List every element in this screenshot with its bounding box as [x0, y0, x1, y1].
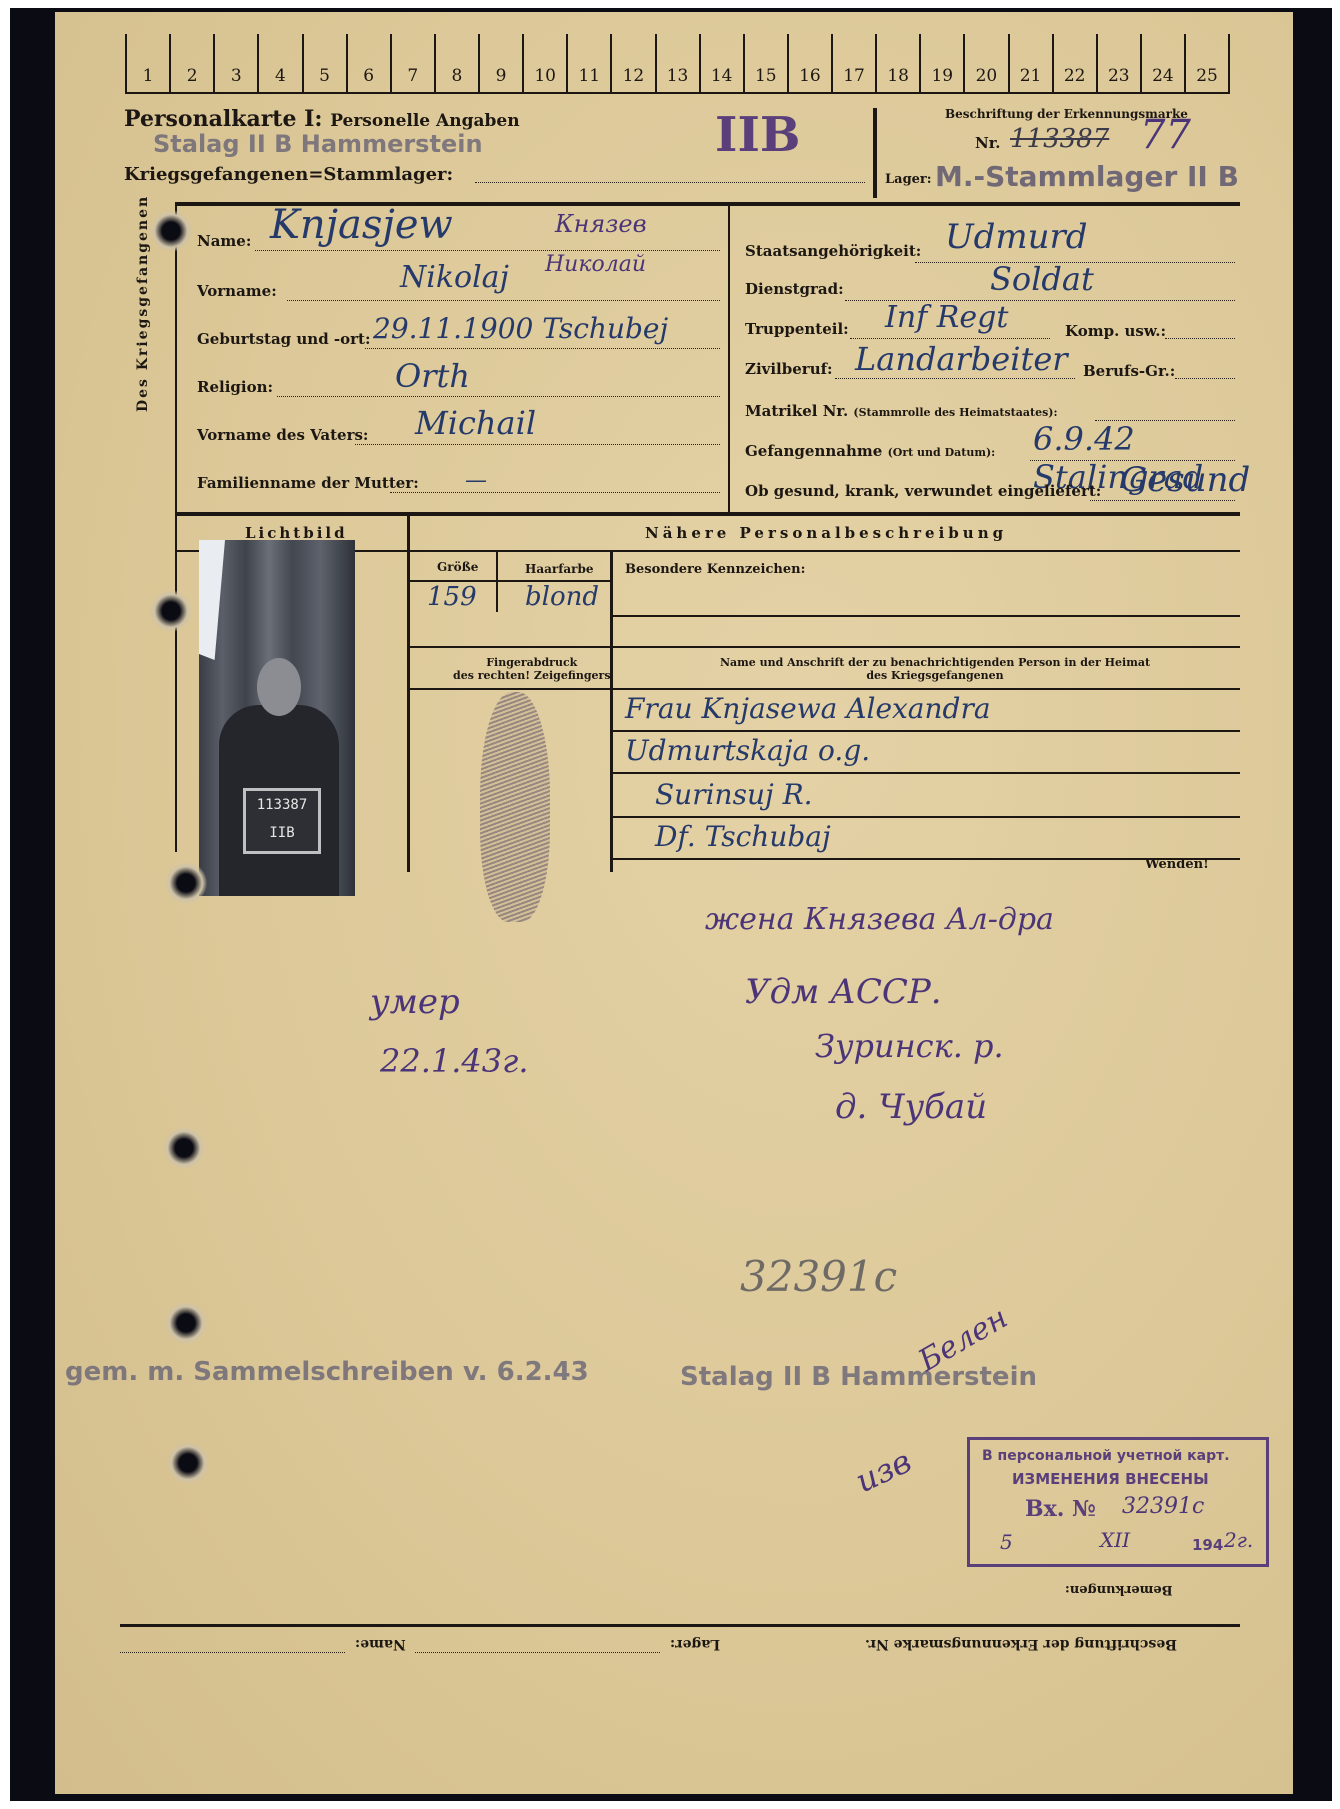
- gesund-label: Ob gesund, krank, verwundet eingeliefert…: [745, 482, 1101, 500]
- haar-label: Haarfarbe: [525, 562, 594, 576]
- religion-label: Religion:: [197, 378, 273, 396]
- contact-header-line: [410, 688, 1240, 690]
- berufs-label: Berufs-Gr.:: [1083, 362, 1175, 380]
- geburt-label: Geburtstag und -ort:: [197, 330, 371, 348]
- footer-tag-text: Beschriftung der Erkennungsmarke Nr.: [865, 1636, 1177, 1652]
- matrikel-note: (Stammrolle des Heimatstaates):: [853, 406, 1057, 419]
- address-note-2: Зуринск. р.: [815, 1027, 1004, 1065]
- photo-divider: [407, 512, 410, 872]
- stamp-vx-value: 32391с: [1122, 1494, 1204, 1519]
- photo-torn-corner: [199, 540, 225, 660]
- kennzeichen-line: [613, 615, 1240, 617]
- footer-line: [120, 1624, 1240, 1627]
- remarks-label: Bemerkungen:: [1065, 1582, 1173, 1597]
- nr-extra: 77: [1140, 112, 1191, 158]
- truppe-line: [850, 338, 1050, 339]
- geburt-value: 29.11.1900 Tschubej: [373, 312, 668, 345]
- nr-value: 113387: [1010, 124, 1109, 154]
- finger-label: Fingerabdruck des rechten! Zeigefingers: [453, 656, 611, 682]
- punch-hole: [167, 1442, 209, 1484]
- ruler-column: 20: [963, 34, 1007, 92]
- haar-value: blond: [525, 582, 599, 612]
- stamp-line-2: ИЗМЕНЕНИЯ ВНЕСЕНЫ: [1012, 1470, 1209, 1488]
- komp-line: [1165, 338, 1235, 339]
- ruler-column: 7: [390, 34, 434, 92]
- vorname-label: Vorname:: [197, 282, 277, 300]
- column-ruler: 1234567891011121314151617181920212223242…: [125, 34, 1230, 94]
- photo-head: [257, 658, 301, 716]
- soviet-changes-stamp: В персональной учетной карт. ИЗМЕНЕНИЯ В…: [967, 1437, 1269, 1567]
- footer-tag-label: Beschriftung der Erkennungsmarke Nr.: [865, 1636, 1177, 1652]
- finger-label-2: des rechten! Zeigefingers: [453, 669, 611, 682]
- staat-label: Staatsangehörigkeit:: [745, 242, 921, 260]
- geburt-line: [365, 348, 720, 349]
- remarks-label-text: Bemerkungen:: [1065, 1582, 1173, 1597]
- vorname-line: [287, 300, 720, 301]
- contact-rule: [613, 816, 1240, 818]
- footer-name-text: Name:: [355, 1636, 406, 1652]
- ruler-column: 10: [522, 34, 566, 92]
- address-note-1: Удм АССР.: [745, 972, 942, 1012]
- ruler-column: 24: [1140, 34, 1184, 92]
- groesse-divider: [496, 552, 498, 612]
- gefangen-label: Gefangennahme (Ort und Datum):: [745, 442, 995, 460]
- ruler-column: 5: [302, 34, 346, 92]
- religion-line: [277, 396, 720, 397]
- mutter-value: —: [465, 468, 487, 493]
- prisoner-photo: 113387 IIB: [199, 540, 355, 896]
- ruler-column: 4: [257, 34, 301, 92]
- ruler-column: 15: [743, 34, 787, 92]
- lager-stamp: M.-Stammlager II B: [935, 160, 1239, 193]
- mutter-label: Familienname der Mutter:: [197, 474, 419, 492]
- photo-board-code: IIB: [246, 819, 318, 847]
- card-title-text: Personalkarte I:: [124, 106, 323, 132]
- ruler-column: 9: [478, 34, 522, 92]
- ruler-column: 6: [346, 34, 390, 92]
- truppe-label: Truppenteil:: [745, 320, 849, 338]
- zivil-line: [835, 378, 1075, 379]
- name-label: Name:: [197, 232, 251, 250]
- fingerprint: [480, 692, 550, 922]
- vorname-value: Nikolaj: [400, 260, 509, 295]
- punch-hole: [150, 210, 192, 252]
- ruler-column: 21: [1008, 34, 1052, 92]
- finger-top-line: [410, 646, 1240, 648]
- ruler-column: 25: [1184, 34, 1230, 92]
- stamp-month: XII: [1100, 1528, 1130, 1552]
- photo-board-number: 113387: [246, 791, 318, 819]
- ruler-column: 18: [875, 34, 919, 92]
- footer-lager-line: [415, 1652, 660, 1653]
- ruler-column: 2: [169, 34, 213, 92]
- gesund-line: [1090, 500, 1235, 501]
- matrikel-label-text: Matrikel Nr.: [745, 402, 848, 420]
- punch-hole: [165, 862, 207, 904]
- contact-label-2: des Kriegsgefangenen: [655, 669, 1215, 682]
- footer-name-label: Name:: [355, 1636, 406, 1652]
- gefangen-note: (Ort und Datum):: [888, 446, 996, 459]
- name-line: [255, 250, 720, 251]
- contact-label: Name und Anschrift der zu benachrichtige…: [655, 656, 1215, 682]
- finger-label-1: Fingerabdruck: [453, 656, 611, 669]
- ruler-column: 16: [787, 34, 831, 92]
- ruler-column: 13: [655, 34, 699, 92]
- camp-label: Kriegsgefangenen=Stammlager:: [124, 164, 453, 185]
- ruler-column: 11: [566, 34, 610, 92]
- table-left-border: [175, 202, 177, 852]
- wenden-label: Wenden!: [1145, 857, 1209, 872]
- contact-rule: [613, 772, 1240, 774]
- ruler-column: 1: [125, 34, 169, 92]
- footer-lager-text: Lager:: [670, 1636, 720, 1652]
- contact-rule: [613, 730, 1240, 732]
- margin-note: изв: [850, 1442, 917, 1500]
- stamp-vx-label: Вх. №: [1025, 1496, 1096, 1522]
- ruler-column: 14: [699, 34, 743, 92]
- contact-line: Surinsuj R.: [655, 778, 813, 811]
- vater-value: Michail: [415, 404, 536, 442]
- camp-stamp: Stalag II B Hammerstein: [153, 130, 483, 158]
- stamp-line-1: В персональной учетной карт.: [982, 1448, 1230, 1464]
- card-title: Personalkarte I: Personelle Angaben: [124, 106, 520, 132]
- punch-hole: [165, 1302, 207, 1344]
- personal-card: 1234567891011121314151617181920212223242…: [55, 12, 1293, 1794]
- nr-label: Nr.: [975, 134, 1000, 152]
- dienstgrad-value: Soldat: [990, 260, 1094, 298]
- groesse-label: Größe: [437, 560, 478, 574]
- side-label: Des Kriegsgefangenen: [135, 195, 151, 412]
- stamp-year-suffix: 2г.: [1224, 1528, 1253, 1552]
- zivil-value: Landarbeiter: [855, 340, 1068, 378]
- address-note-3: д. Чубай: [835, 1087, 987, 1127]
- description-title: Nähere Personalbeschreibung: [645, 524, 1007, 542]
- wife-note: жена Князева Ал-дра: [705, 902, 1054, 937]
- ruler-column: 8: [434, 34, 478, 92]
- name-ru: Князев: [555, 210, 647, 238]
- punch-hole: [150, 590, 192, 632]
- contact-line: Df. Tschubaj: [655, 820, 831, 853]
- vater-label: Vorname des Vaters:: [197, 426, 368, 444]
- ruler-column: 19: [919, 34, 963, 92]
- camp-code-stamp: IIB: [715, 107, 800, 163]
- ruler-column: 12: [610, 34, 654, 92]
- stamp-year-prefix: 194: [1192, 1536, 1223, 1554]
- mutter-line: [390, 492, 720, 493]
- stamp-day: 5: [1000, 1530, 1013, 1554]
- name-value: Knjasjew: [270, 202, 453, 248]
- header-divider: [873, 108, 877, 198]
- pencil-number: 32391с: [740, 1252, 897, 1301]
- komp-label: Komp. usw.:: [1065, 322, 1166, 340]
- contact-line: Udmurtskaja o.g.: [625, 734, 870, 767]
- hammerstein-stamp: Stalag II B Hammerstein: [680, 1362, 1037, 1392]
- vorname-ru: Николай: [545, 252, 646, 277]
- photo-number-board: 113387 IIB: [243, 788, 321, 854]
- ruler-column: 23: [1096, 34, 1140, 92]
- zivil-label: Zivilberuf:: [745, 360, 833, 378]
- contact-line: Frau Knjasewa Alexandra: [625, 692, 991, 725]
- truppe-value: Inf Regt: [885, 300, 1008, 335]
- died-note: умер: [370, 982, 460, 1022]
- description-top-border: [175, 512, 1240, 516]
- gesund-value: Gesund: [1120, 460, 1250, 500]
- personal-divider: [728, 202, 730, 512]
- footer-lager-label: Lager:: [670, 1636, 720, 1652]
- punch-hole: [163, 1127, 205, 1169]
- berufs-line: [1175, 378, 1235, 379]
- ruler-column: 22: [1052, 34, 1096, 92]
- dienstgrad-label: Dienstgrad:: [745, 280, 844, 298]
- religion-value: Orth: [395, 357, 470, 395]
- contact-label-1: Name und Anschrift der zu benachrichtige…: [655, 656, 1215, 669]
- card-subtitle: Personelle Angaben: [330, 111, 519, 131]
- footer-name-line: [120, 1652, 345, 1653]
- gefangen-label-text: Gefangennahme: [745, 442, 882, 460]
- groesse-value: 159: [427, 582, 477, 612]
- camp-field-line: [475, 182, 865, 183]
- ruler-column: 3: [213, 34, 257, 92]
- ruler-column: 17: [831, 34, 875, 92]
- kennzeichen-label: Besondere Kennzeichen:: [625, 562, 805, 577]
- contact-divider: [610, 552, 613, 872]
- lager-label: Lager:: [885, 172, 932, 187]
- vater-line: [355, 444, 720, 445]
- matrikel-label: Matrikel Nr. (Stammrolle des Heimatstaat…: [745, 402, 1058, 420]
- sammelschreiben-stamp: gem. m. Sammelschreiben v. 6.2.43: [65, 1357, 589, 1387]
- staat-value: Udmurd: [945, 217, 1088, 257]
- died-date: 22.1.43г.: [380, 1042, 528, 1080]
